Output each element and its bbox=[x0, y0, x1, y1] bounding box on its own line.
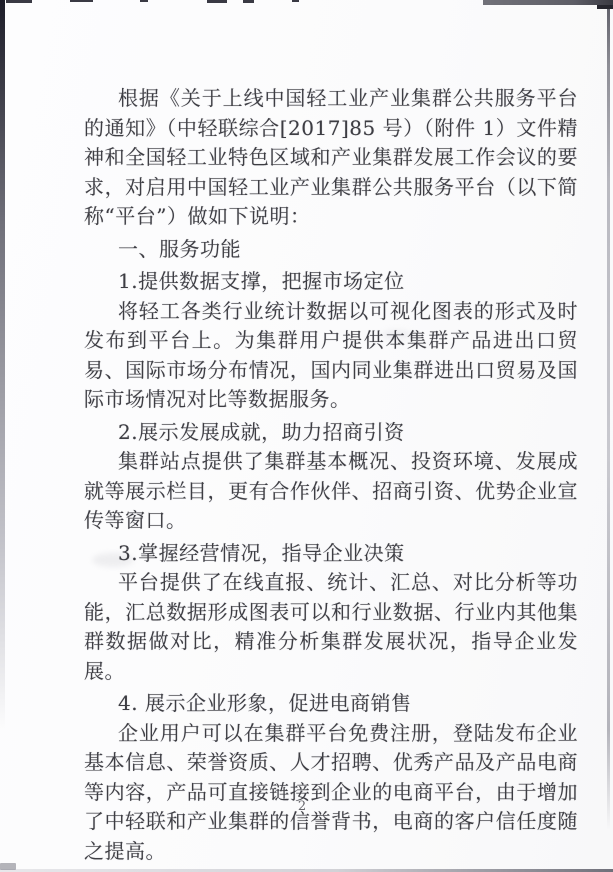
paragraph-item-2: 集群站点提供了集群基本概况、投资环境、发展成就等展示栏目，更有合作伙伴、招商引资… bbox=[84, 447, 578, 536]
heading-item-2: 2.展示发展成就，助力招商引资 bbox=[84, 418, 578, 448]
page-number: 2 bbox=[284, 799, 320, 814]
paragraph-intro: 根据《关于上线中国轻工业产业集群公共服务平台的通知》（中轻联综合[2017]85… bbox=[84, 84, 578, 232]
scan-dash bbox=[292, 0, 299, 2]
heading-item-3: 3.掌握经营情况，指导企业决策 bbox=[84, 539, 578, 569]
document-body: 根据《关于上线中国轻工业产业集群公共服务平台的通知》（中轻联综合[2017]85… bbox=[84, 84, 578, 866]
scan-dash bbox=[140, 0, 148, 2]
scan-edge-left bbox=[0, 0, 5, 730]
heading-item-4: 4. 展示企业形象，促进电商销售 bbox=[84, 689, 578, 719]
scan-mark-bottom-left bbox=[0, 863, 16, 870]
heading-services: 一、服务功能 bbox=[84, 235, 578, 265]
paragraph-item-4: 企业用户可以在集群平台免费注册，登陆发布企业基本信息、荣誉资质、人才招聘、优秀产… bbox=[84, 719, 578, 867]
paragraph-item-3: 平台提供了在线直报、统计、汇总、对比分析等功能，汇总数据形成图表可以和行业数据、… bbox=[84, 568, 578, 686]
paragraph-item-1: 将轻工各类行业统计数据以可视化图表的形式及时发布到平台上。为集群用户提供本集群产… bbox=[84, 297, 578, 415]
scan-band-top bbox=[483, 0, 613, 5]
scan-dash bbox=[207, 0, 227, 3]
scan-dash bbox=[6, 0, 32, 3]
heading-item-1: 1.提供数据支撑，把握市场定位 bbox=[84, 267, 578, 297]
scan-edge-right bbox=[607, 0, 610, 830]
scan-dash bbox=[243, 0, 254, 3]
scan-dash bbox=[70, 0, 93, 2]
